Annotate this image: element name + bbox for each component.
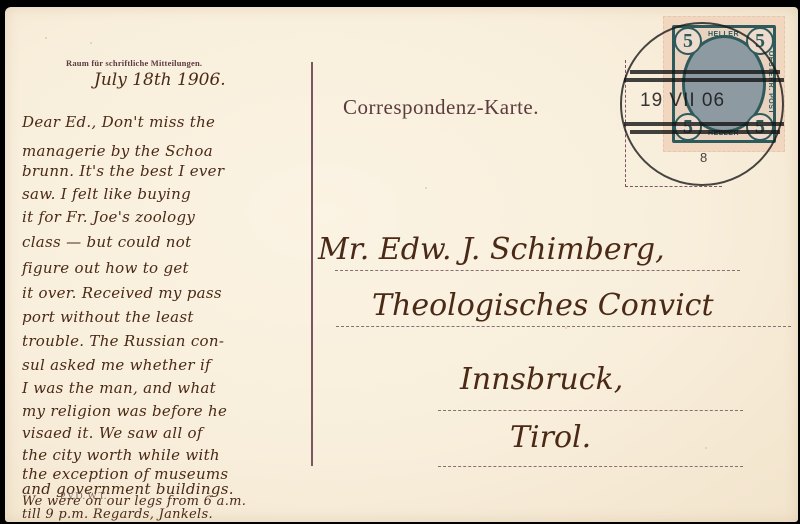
message-line: figure out how to get (22, 259, 189, 277)
message-line: visaed it. We saw all of (22, 424, 203, 442)
center-divider (311, 62, 313, 466)
postmark-bar (630, 130, 780, 134)
message-line: I was the man, and what (22, 379, 216, 397)
message-line: class — but could not (22, 233, 191, 251)
postmark-date: 19 VII 06 (640, 90, 725, 112)
message-line: it for Fr. Joe's zoology (22, 208, 195, 226)
message-line: port without the least (22, 308, 194, 326)
paper-speck (565, 327, 567, 329)
paper-speck (45, 37, 47, 39)
address-dotted-line (438, 466, 743, 467)
postmark-bar (630, 70, 780, 74)
message-line: saw. I felt like buying (22, 185, 191, 203)
message-area-label: Raum für schriftliche Mitteilungen. (66, 58, 202, 68)
message-line: till 9 p.m. Regards, Jankels. (22, 507, 213, 522)
message-line: brunn. It's the best I ever (22, 162, 224, 180)
address-line-name: Mr. Edw. J. Schimberg, (318, 232, 665, 267)
address-dotted-line (438, 410, 743, 411)
paper-speck (705, 447, 707, 449)
message-line: the city worth while with (22, 446, 220, 464)
address-line-institution: Theologisches Convict (372, 288, 714, 323)
message-line: my religion was before he (22, 402, 227, 420)
postmark-bar (624, 122, 784, 126)
message-line: Dear Ed., Don't miss the (22, 113, 215, 131)
paper-speck (90, 42, 92, 44)
address-dotted-line (335, 270, 740, 271)
printer-imprint: P.V.D. W.T. (60, 491, 106, 502)
postmark-code: 8 (700, 150, 707, 165)
message-line: trouble. The Russian con- (22, 332, 224, 350)
address-line-city: Innsbruck, (460, 362, 623, 397)
address-dotted-line (336, 326, 791, 327)
address-line-region: Tirol. (510, 420, 591, 455)
message-date: July 18th 1906. (94, 70, 226, 90)
postmark-bar (624, 78, 784, 82)
message-line: sul asked me whether if (22, 356, 211, 374)
message-line: it over. Received my pass (22, 284, 222, 302)
card-title: Correspondenz-Karte. (343, 95, 539, 120)
paper-speck (425, 187, 427, 189)
message-line: managerie by the Schoa (22, 142, 213, 160)
